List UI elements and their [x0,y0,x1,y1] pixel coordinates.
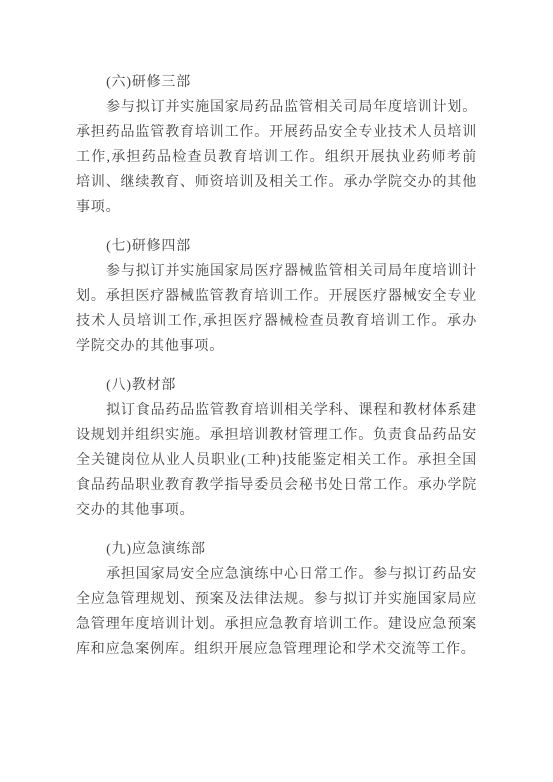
section-eight: (八)教材部 拟订食品药品监管教育培训相关学科、课程和教材体系建设规划并组织实施… [76,373,477,523]
section-seven: (七)研修四部 参与拟订并实施国家局医疗器械监管相关司局年度培训计划。承担医疗器… [76,234,477,359]
section-seven-body: 参与拟订并实施国家局医疗器械监管相关司局年度培训计划。承担医疗器械监管教育培训工… [76,259,477,359]
section-six-heading: (六)研修三部 [76,70,477,95]
section-eight-heading: (八)教材部 [76,373,477,398]
section-six: (六)研修三部 参与拟订并实施国家局药品监管相关司局年度培训计划。承担药品监管教… [76,70,477,220]
document-page: (六)研修三部 参与拟订并实施国家局药品监管相关司局年度培训计划。承担药品监管教… [0,0,553,782]
section-nine-body: 承担国家局安全应急演练中心日常工作。参与拟订药品安全应急管理规划、预案及法律法规… [76,562,477,662]
section-six-body: 参与拟订并实施国家局药品监管相关司局年度培训计划。承担药品监管教育培训工作。开展… [76,95,477,220]
section-nine: (九)应急演练部 承担国家局安全应急演练中心日常工作。参与拟订药品安全应急管理规… [76,537,477,662]
section-seven-heading: (七)研修四部 [76,234,477,259]
section-nine-heading: (九)应急演练部 [76,537,477,562]
section-eight-body: 拟订食品药品监管教育培训相关学科、课程和教材体系建设规划并组织实施。承担培训教材… [76,398,477,523]
